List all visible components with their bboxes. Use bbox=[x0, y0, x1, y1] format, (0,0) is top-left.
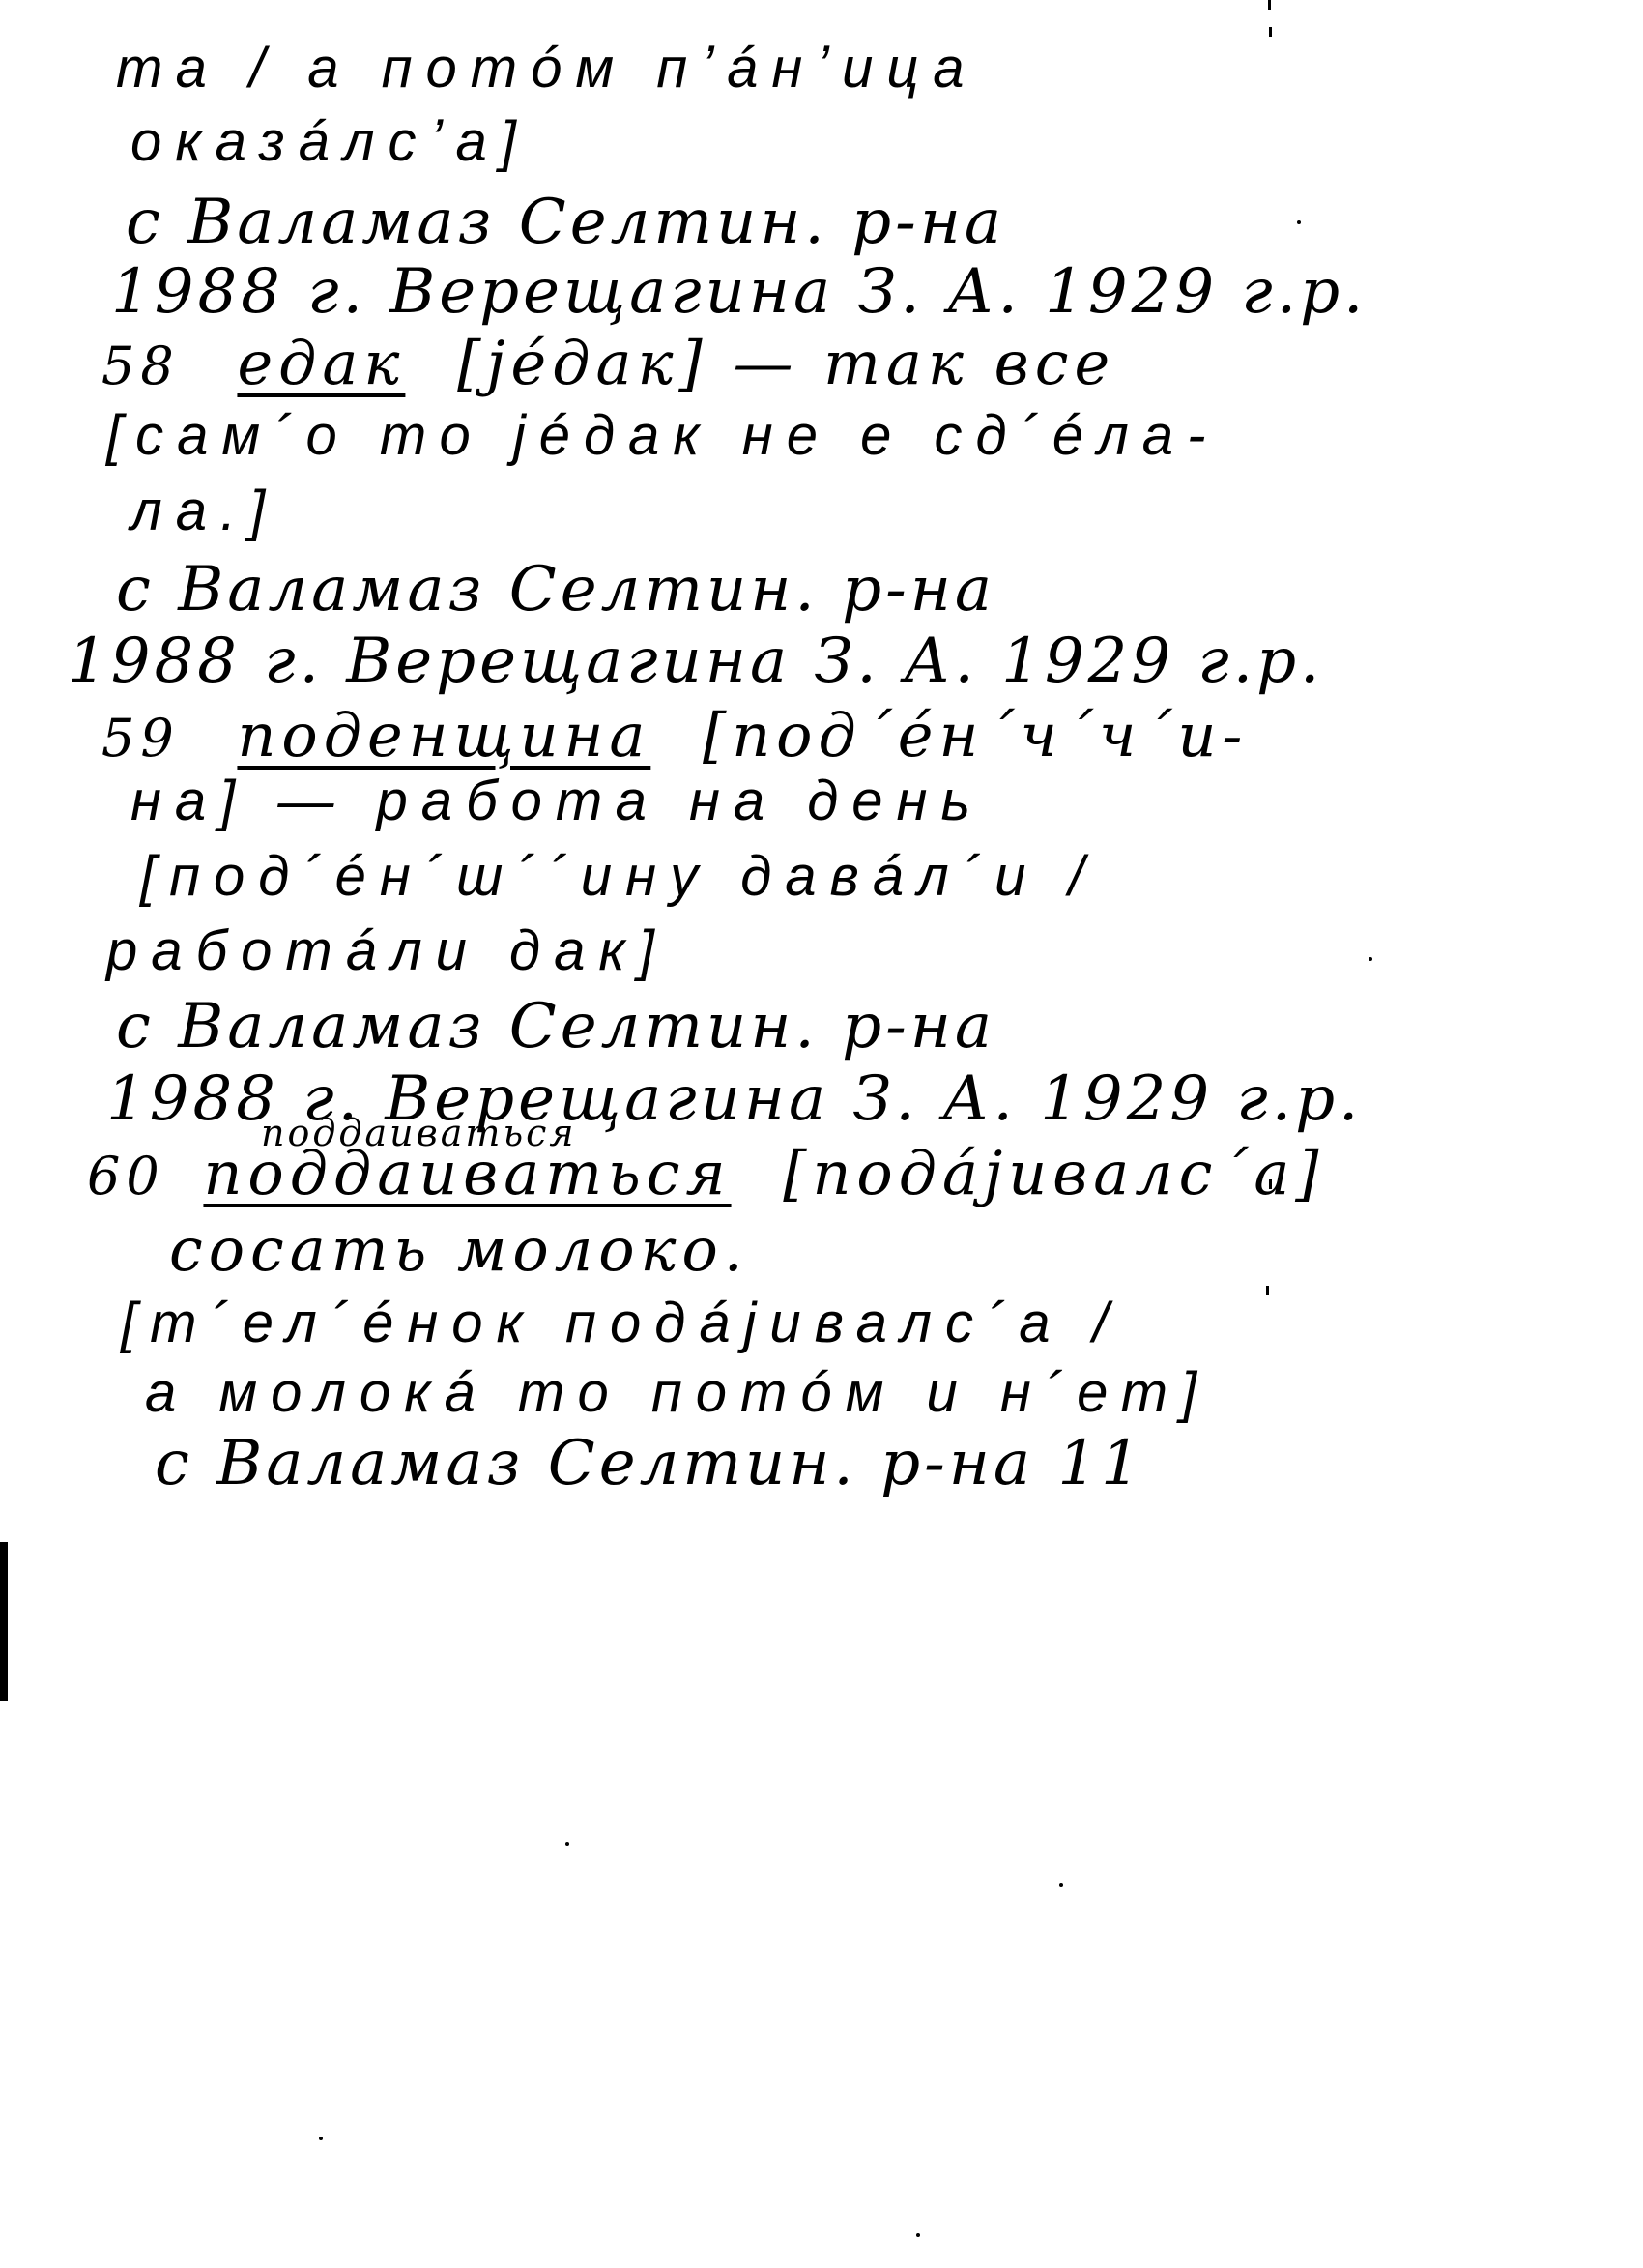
dictionary-entry-59: 59 поденщина [под´éн´ч´ч´и- bbox=[101, 706, 1248, 766]
text-line-example-60-end: а молокá то потóм и н´ет] bbox=[145, 1365, 1210, 1421]
entry-transcription: [под´éн´ч´ч´и- bbox=[703, 700, 1248, 771]
scan-edge-mark bbox=[0, 1542, 8, 1701]
entry-transcription: [подáјивалс´а] bbox=[783, 1138, 1324, 1208]
scan-speck bbox=[1297, 220, 1301, 224]
source-line-locality-4: с Валамаз Селтин. р-на 11 bbox=[155, 1433, 1144, 1495]
entry-number: 58 bbox=[101, 335, 180, 396]
text-line-example-58: [сам´о то јéдак не е сд´éла- bbox=[106, 408, 1219, 464]
text-line-definition-60: сосать молоко. bbox=[169, 1220, 749, 1280]
source-line-informant-2: 1988 г. Верещагина З. А. 1929 г.р. bbox=[68, 630, 1323, 692]
entry-headword: поденщина bbox=[237, 700, 650, 771]
text-line-definition-59: на] — работа на день bbox=[130, 773, 984, 829]
text-line-2: оказáлсʼа] bbox=[130, 114, 530, 170]
text-line-example-60: [т´ел´éнок подáјивалс´а / bbox=[121, 1295, 1122, 1352]
scanned-page: та / а потóм пʼáнʼица оказáлсʼа] с Валам… bbox=[0, 0, 1643, 2268]
source-line-locality-1: с Валамаз Селтин. р-на bbox=[126, 191, 1005, 253]
source-line-locality-3: с Валамаз Селтин. р-на bbox=[116, 996, 995, 1058]
entry-number: 60 bbox=[87, 1146, 165, 1207]
entry-transcription: [јéдак] bbox=[457, 328, 708, 398]
text-line-1: та / а потóм пʼáнʼица bbox=[116, 41, 977, 97]
scan-speck bbox=[565, 1842, 569, 1846]
scan-speck bbox=[916, 2233, 920, 2237]
scan-speck bbox=[1059, 1883, 1063, 1887]
scan-edge-tick bbox=[1269, 27, 1272, 37]
source-line-locality-2: с Валамаз Селтин. р-на bbox=[116, 559, 995, 621]
text-line-example-59-end: работáли дак] bbox=[106, 923, 668, 979]
entry-definition: — так все bbox=[733, 328, 1115, 398]
text-line-example-58-end: ла.] bbox=[130, 483, 278, 539]
entry-number: 59 bbox=[101, 708, 180, 769]
scan-edge-tick bbox=[1266, 1286, 1269, 1295]
dictionary-entry-60: 60 поддаиваться [подáјивалс´а] bbox=[87, 1144, 1325, 1204]
entry-headword: едак bbox=[237, 328, 405, 398]
scan-speck bbox=[1369, 957, 1372, 961]
scan-edge-tick bbox=[1268, 0, 1271, 10]
source-line-informant-1: 1988 г. Верещагина З. А. 1929 г.р. bbox=[111, 261, 1367, 323]
dictionary-entry-58: 58 едак [јéдак] — так все bbox=[101, 334, 1115, 393]
text-line-example-59: [под´éн´ш´´ину дaвáл´и / bbox=[140, 849, 1098, 905]
entry-headword: поддаиваться bbox=[203, 1138, 731, 1208]
scan-edge-tick bbox=[1269, 1179, 1272, 1189]
scan-speck bbox=[319, 2137, 323, 2140]
